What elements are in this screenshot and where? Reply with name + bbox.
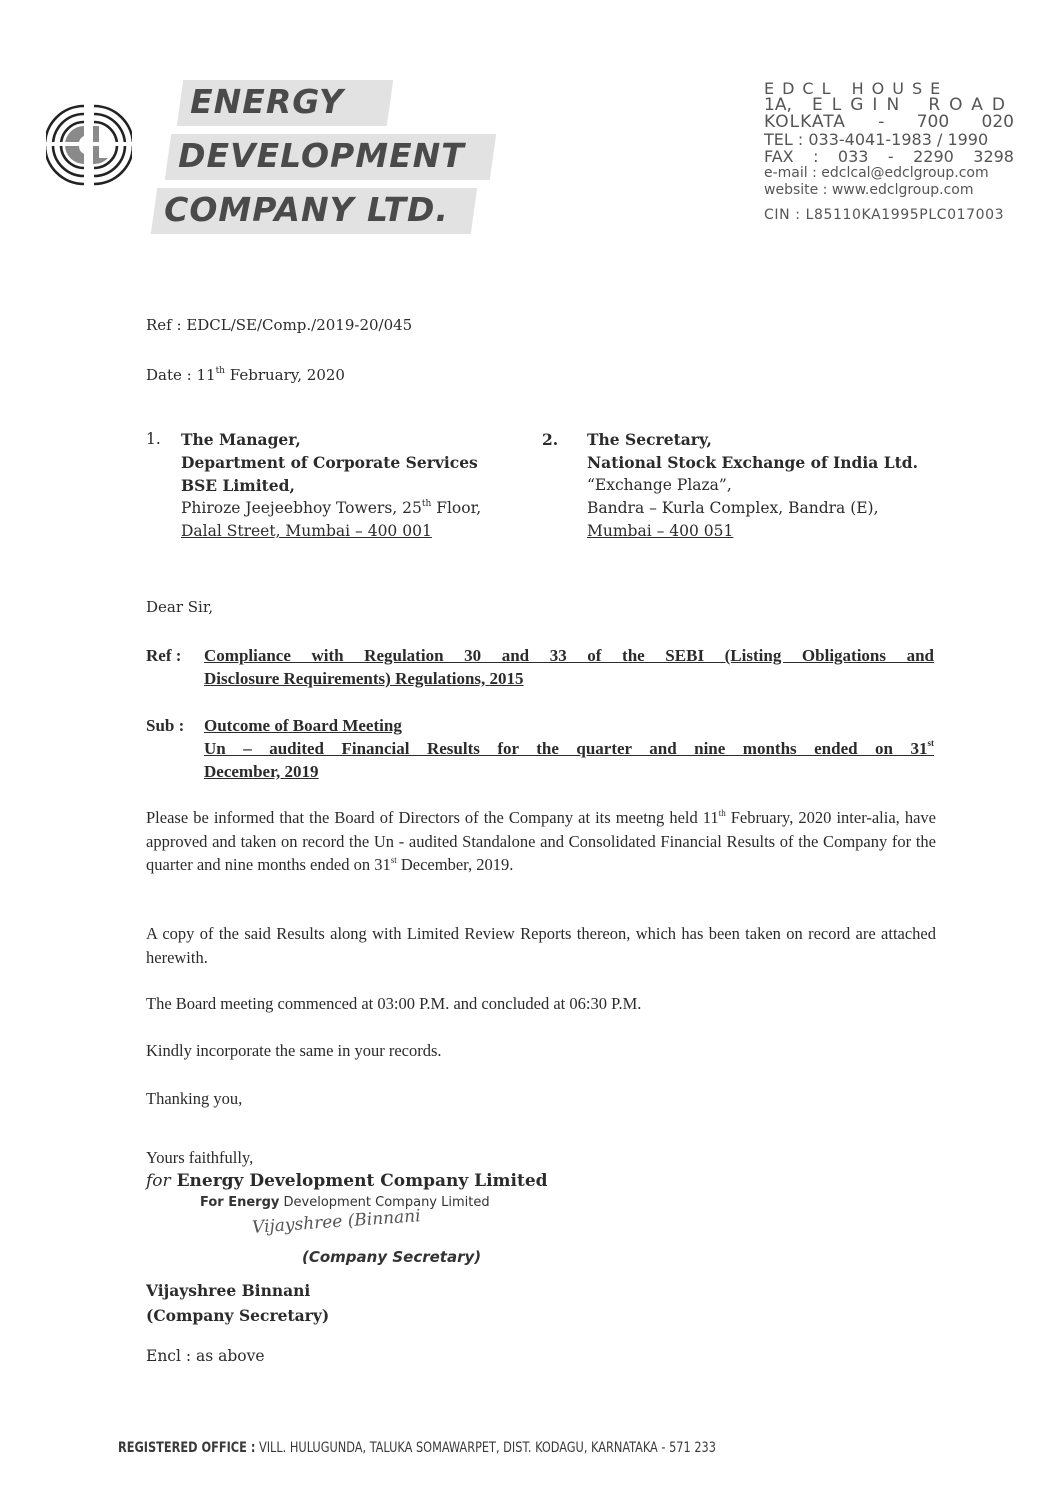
enclosure-note: Encl : as above bbox=[146, 1347, 265, 1365]
city-part: 700 bbox=[917, 114, 949, 131]
closing-valediction: Yours faithfully, bbox=[146, 1146, 936, 1170]
brand-line-3: COMPANY LTD. bbox=[151, 188, 477, 234]
letterhead-contact: EDCL HOUSE 1A, ELGIN ROAD KOLKATA - 700 … bbox=[764, 80, 1014, 224]
signatory-company: for Energy Development Company Limited bbox=[146, 1170, 548, 1193]
para-text: Please be informed that the Board of Dir… bbox=[146, 808, 719, 827]
recipient-number: 1. bbox=[146, 428, 161, 451]
date-sup: th bbox=[216, 366, 225, 376]
contact-website: website : www.edclgroup.com bbox=[764, 182, 1014, 199]
ref-line: Compliance with Regulation 30 and 33 of … bbox=[204, 644, 934, 667]
sub-label: Sub : bbox=[146, 714, 184, 737]
body-paragraph-timing: The Board meeting commenced at 03:00 P.M… bbox=[146, 992, 936, 1016]
salutation: Dear Sir, bbox=[146, 596, 213, 619]
signer-name: Vijayshree Binnani bbox=[146, 1278, 329, 1303]
stamp-role: (Company Secretary) bbox=[302, 1248, 481, 1266]
recipient-department: Department of Corporate Services bbox=[181, 451, 481, 474]
signer-title: (Company Secretary) bbox=[146, 1303, 329, 1328]
date-suffix: February, 2020 bbox=[225, 366, 345, 384]
address-text: Floor, bbox=[431, 499, 481, 517]
recipient-address-line: Phiroze Jeejeebhoy Towers, 25th Floor, bbox=[181, 497, 481, 520]
signer: Vijayshree Binnani (Company Secretary) bbox=[146, 1278, 329, 1328]
sub-text: Un – audited Financial Results for the q… bbox=[204, 739, 928, 758]
footer-address: VILL. HULUGUNDA, TALUKA SOMAWARPET, DIST… bbox=[255, 1440, 716, 1456]
address-text: Phiroze Jeejeebhoy Towers, 25 bbox=[181, 499, 422, 517]
brand-line-2: DEVELOPMENT bbox=[165, 134, 496, 180]
fax-part: 3298 bbox=[973, 148, 1014, 165]
recipient-city: Dalal Street, Mumbai – 400 001 bbox=[181, 520, 481, 543]
brand-line-1: ENERGY bbox=[177, 80, 393, 126]
fax-part: 2290 bbox=[913, 148, 954, 165]
ref-label: Ref : bbox=[146, 644, 181, 667]
para-sup: th bbox=[719, 808, 726, 818]
recipient-building: “Exchange Plaza”, bbox=[587, 474, 918, 497]
recipient-address-line: Bandra – Kurla Complex, Bandra (E), bbox=[587, 497, 918, 520]
company-stamp: For Energy Development Company Limited bbox=[200, 1195, 490, 1210]
recipient-title: The Secretary, bbox=[587, 428, 918, 451]
sub-sup: st bbox=[928, 738, 935, 748]
body-paragraph-request: Kindly incorporate the same in your reco… bbox=[146, 1039, 936, 1063]
closing-thanks: Thanking you, bbox=[146, 1087, 936, 1111]
sub-line: Outcome of Board Meeting bbox=[204, 716, 402, 735]
sub-line: Un – audited Financial Results for the q… bbox=[204, 737, 934, 760]
ref-line: Disclosure Requirements) Regulations, 20… bbox=[204, 669, 524, 688]
handwritten-signature: Vijayshree (Binnani bbox=[252, 1206, 422, 1238]
para-sup: st bbox=[391, 855, 397, 865]
body-paragraph-approval: Please be informed that the Board of Dir… bbox=[146, 806, 936, 877]
stamp-text: For Energy bbox=[200, 1195, 279, 1210]
contact-cin: CIN : L85110KA1995PLC017003 bbox=[764, 207, 1014, 224]
fax-part: 033 bbox=[838, 148, 869, 165]
date-prefix: Date : 11 bbox=[146, 366, 216, 384]
address-sup: th bbox=[422, 499, 431, 509]
company-logo-icon bbox=[46, 100, 132, 190]
para-text: December, 2019. bbox=[397, 855, 514, 874]
recipient-organization: BSE Limited, bbox=[181, 474, 481, 497]
contact-tel: TEL : 033-4041-1983 / 1990 bbox=[764, 131, 1014, 148]
recipient-city: Mumbai – 400 051 bbox=[587, 520, 918, 543]
fax-part: : bbox=[813, 148, 818, 165]
contact-fax: FAX : 033 - 2290 3298 bbox=[764, 148, 1014, 165]
recipient-number: 2. bbox=[542, 428, 558, 451]
for-prefix: for bbox=[146, 1171, 171, 1191]
contact-city: KOLKATA - 700 020 bbox=[764, 114, 1014, 131]
city-part: 020 bbox=[982, 114, 1014, 131]
fax-part: FAX bbox=[764, 148, 794, 165]
company-name: Energy Development Company Limited bbox=[171, 1171, 548, 1191]
recipient-title: The Manager, bbox=[181, 428, 481, 451]
letter-date: Date : 11th February, 2020 bbox=[146, 364, 345, 387]
footer-label: REGISTERED OFFICE : bbox=[118, 1440, 255, 1456]
fax-part: - bbox=[888, 148, 894, 165]
sub-line: December, 2019 bbox=[204, 762, 319, 781]
registered-office-footer: REGISTERED OFFICE : VILL. HULUGUNDA, TAL… bbox=[118, 1440, 716, 1456]
contact-email: e-mail : edclcal@edclgroup.com bbox=[764, 165, 1014, 182]
recipient-organization: National Stock Exchange of India Ltd. bbox=[587, 451, 918, 474]
city-part: KOLKATA bbox=[764, 114, 846, 131]
body-paragraph-attachment: A copy of the said Results along with Li… bbox=[146, 922, 936, 969]
reference-number: Ref : EDCL/SE/Comp./2019-20/045 bbox=[146, 314, 412, 337]
city-part: - bbox=[878, 114, 884, 131]
